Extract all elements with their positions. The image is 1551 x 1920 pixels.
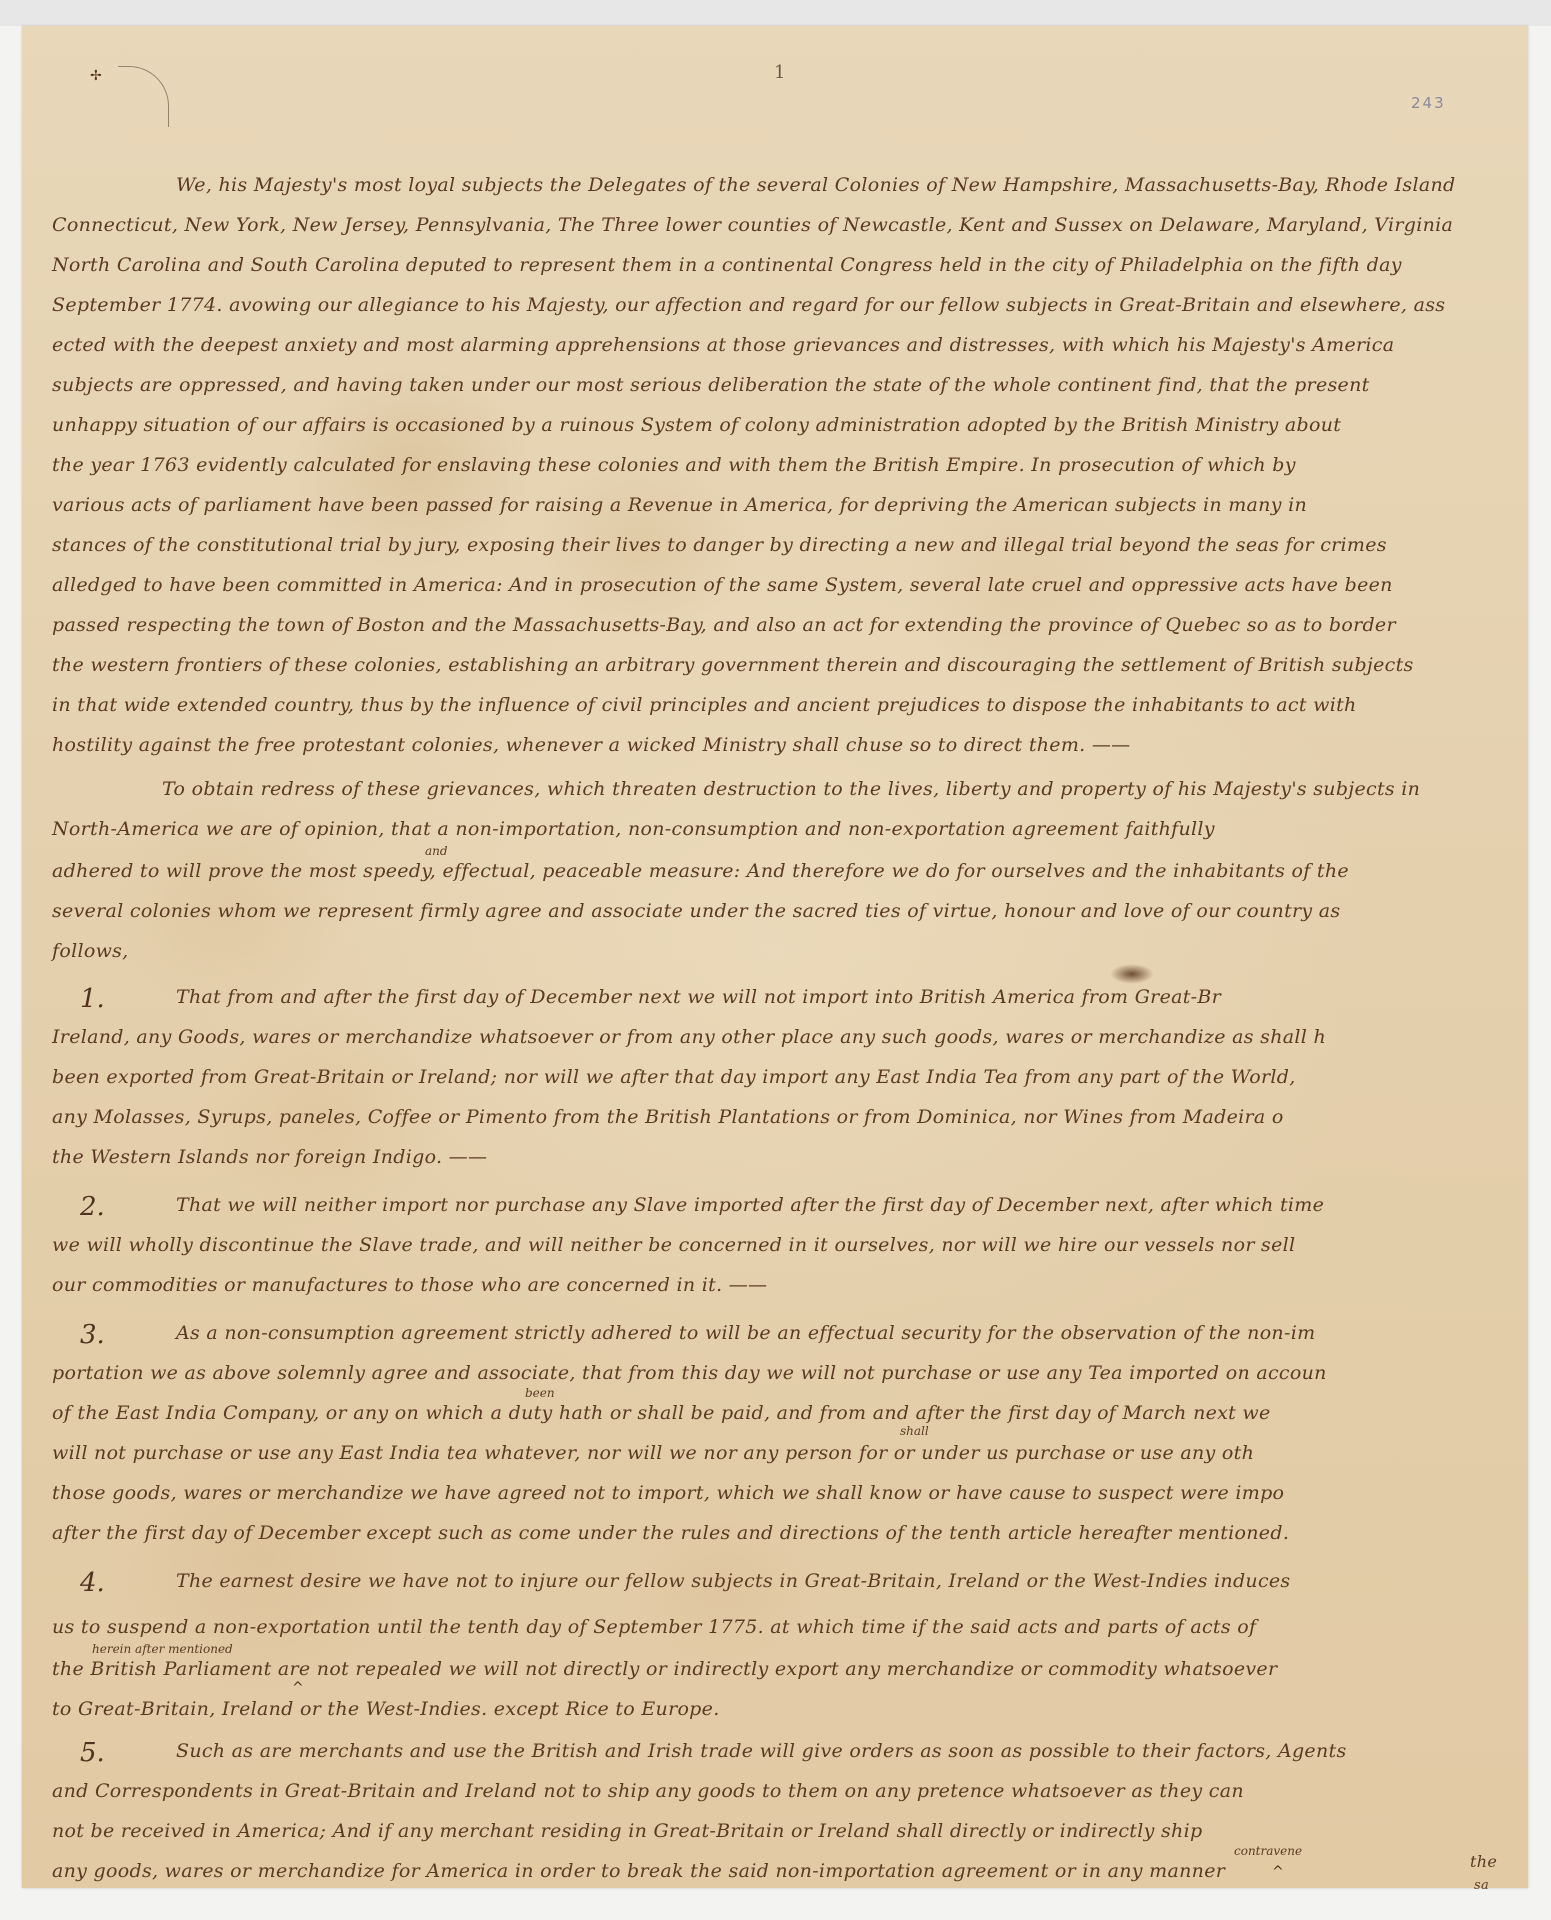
margin-word: sa: [1474, 1878, 1489, 1893]
preamble-line: hostility against the free protestant co…: [52, 734, 1130, 756]
preamble-line: in that wide extended country, thus by t…: [52, 694, 1357, 716]
article-line: any goods, wares or merchandize for Amer…: [52, 1860, 1225, 1882]
page-number: 243: [1411, 94, 1446, 112]
article-number: 4.: [80, 1568, 105, 1598]
scan-backdrop: [0, 0, 1551, 26]
article-line: our commodities or manufactures to those…: [52, 1274, 767, 1296]
article-line: That we will neither import nor purchase…: [176, 1194, 1324, 1216]
article-line: not be received in America; And if any m…: [52, 1820, 1202, 1842]
preamble-line: unhappy situation of our affairs is occa…: [52, 414, 1341, 436]
preamble-line: ected with the deepest anxiety and most …: [52, 334, 1394, 356]
article-number: 3.: [80, 1320, 105, 1350]
article-number: 5.: [80, 1738, 105, 1768]
article-line: to Great-Britain, Ireland or the West-In…: [52, 1698, 720, 1720]
insertion-shall: shall: [900, 1424, 929, 1438]
corner-mark: ✢: [90, 68, 102, 84]
article-line: Such as are merchants and use the Britis…: [176, 1740, 1347, 1762]
article-line: portation we as above solemnly agree and…: [52, 1362, 1327, 1384]
intro-line: several colonies whom we represent firml…: [52, 900, 1340, 922]
preamble-line: various acts of parliament have been pas…: [52, 494, 1307, 516]
intro-line: To obtain redress of these grievances, w…: [162, 778, 1420, 800]
preamble-line: the year 1763 evidently calculated for e…: [52, 454, 1296, 476]
preamble-line: Connecticut, New York, New Jersey, Penns…: [52, 214, 1453, 236]
preamble-line: September 1774. avowing our allegiance t…: [52, 294, 1445, 316]
corner-flourish-mark: [118, 66, 169, 127]
preamble-line: subjects are oppressed, and having taken…: [52, 374, 1370, 396]
preamble-line: alledged to have been committed in Ameri…: [52, 574, 1393, 596]
article-line: As a non-consumption agreement strictly …: [176, 1322, 1315, 1344]
insertion-contravene: contravene: [1234, 1844, 1302, 1858]
article-line: will not purchase or use any East India …: [52, 1442, 1254, 1464]
intro-line: North-America we are of opinion, that a …: [52, 818, 1215, 840]
article-line: The earnest desire we have not to injure…: [176, 1570, 1290, 1592]
insertion-herein-after-mentioned: herein after mentioned: [92, 1642, 233, 1656]
article-line: the Western Islands nor foreign Indigo. …: [52, 1146, 487, 1168]
article-number: 1.: [80, 984, 105, 1014]
top-mark: 1: [774, 62, 785, 83]
article-line: been exported from Great-Britain or Irel…: [52, 1066, 1296, 1088]
article-line: any Molasses, Syrups, paneles, Coffee or…: [52, 1106, 1284, 1128]
article-line: That from and after the first day of Dec…: [176, 986, 1221, 1008]
insertion-caret: ^: [1272, 1864, 1284, 1880]
insertion-been: been: [525, 1386, 555, 1400]
article-line: the British Parliament are not repealed …: [52, 1658, 1277, 1680]
article-number: 2.: [80, 1192, 105, 1222]
article-line: and Correspondents in Great-Britain and …: [52, 1780, 1244, 1802]
insertion-caret: ^: [292, 1680, 304, 1696]
preamble-line: We, his Majesty's most loyal subjects th…: [176, 174, 1455, 196]
article-line: Ireland, any Goods, wares or merchandize…: [52, 1026, 1326, 1048]
margin-word: the: [1470, 1852, 1497, 1871]
insertion-and: and: [425, 844, 448, 858]
preamble-line: North Carolina and South Carolina depute…: [52, 254, 1402, 276]
preamble-line: passed respecting the town of Boston and…: [52, 614, 1396, 636]
ink-blot: [1110, 964, 1154, 984]
intro-line: adhered to will prove the most speedy, e…: [52, 860, 1349, 882]
article-line: those goods, wares or merchandize we hav…: [52, 1482, 1284, 1504]
manuscript-page: ✢ 1 243 We, his Majesty's most loyal sub…: [22, 26, 1528, 1888]
preamble-line: the western frontiers of these colonies,…: [52, 654, 1414, 676]
article-line: us to suspend a non-exportation until th…: [52, 1616, 1256, 1638]
preamble-line: stances of the constitutional trial by j…: [52, 534, 1387, 556]
article-line: we will wholly discontinue the Slave tra…: [52, 1234, 1295, 1256]
article-line: after the first day of December except s…: [52, 1522, 1289, 1544]
intro-line: follows,: [52, 940, 129, 962]
article-line: of the East India Company, or any on whi…: [52, 1402, 1271, 1424]
